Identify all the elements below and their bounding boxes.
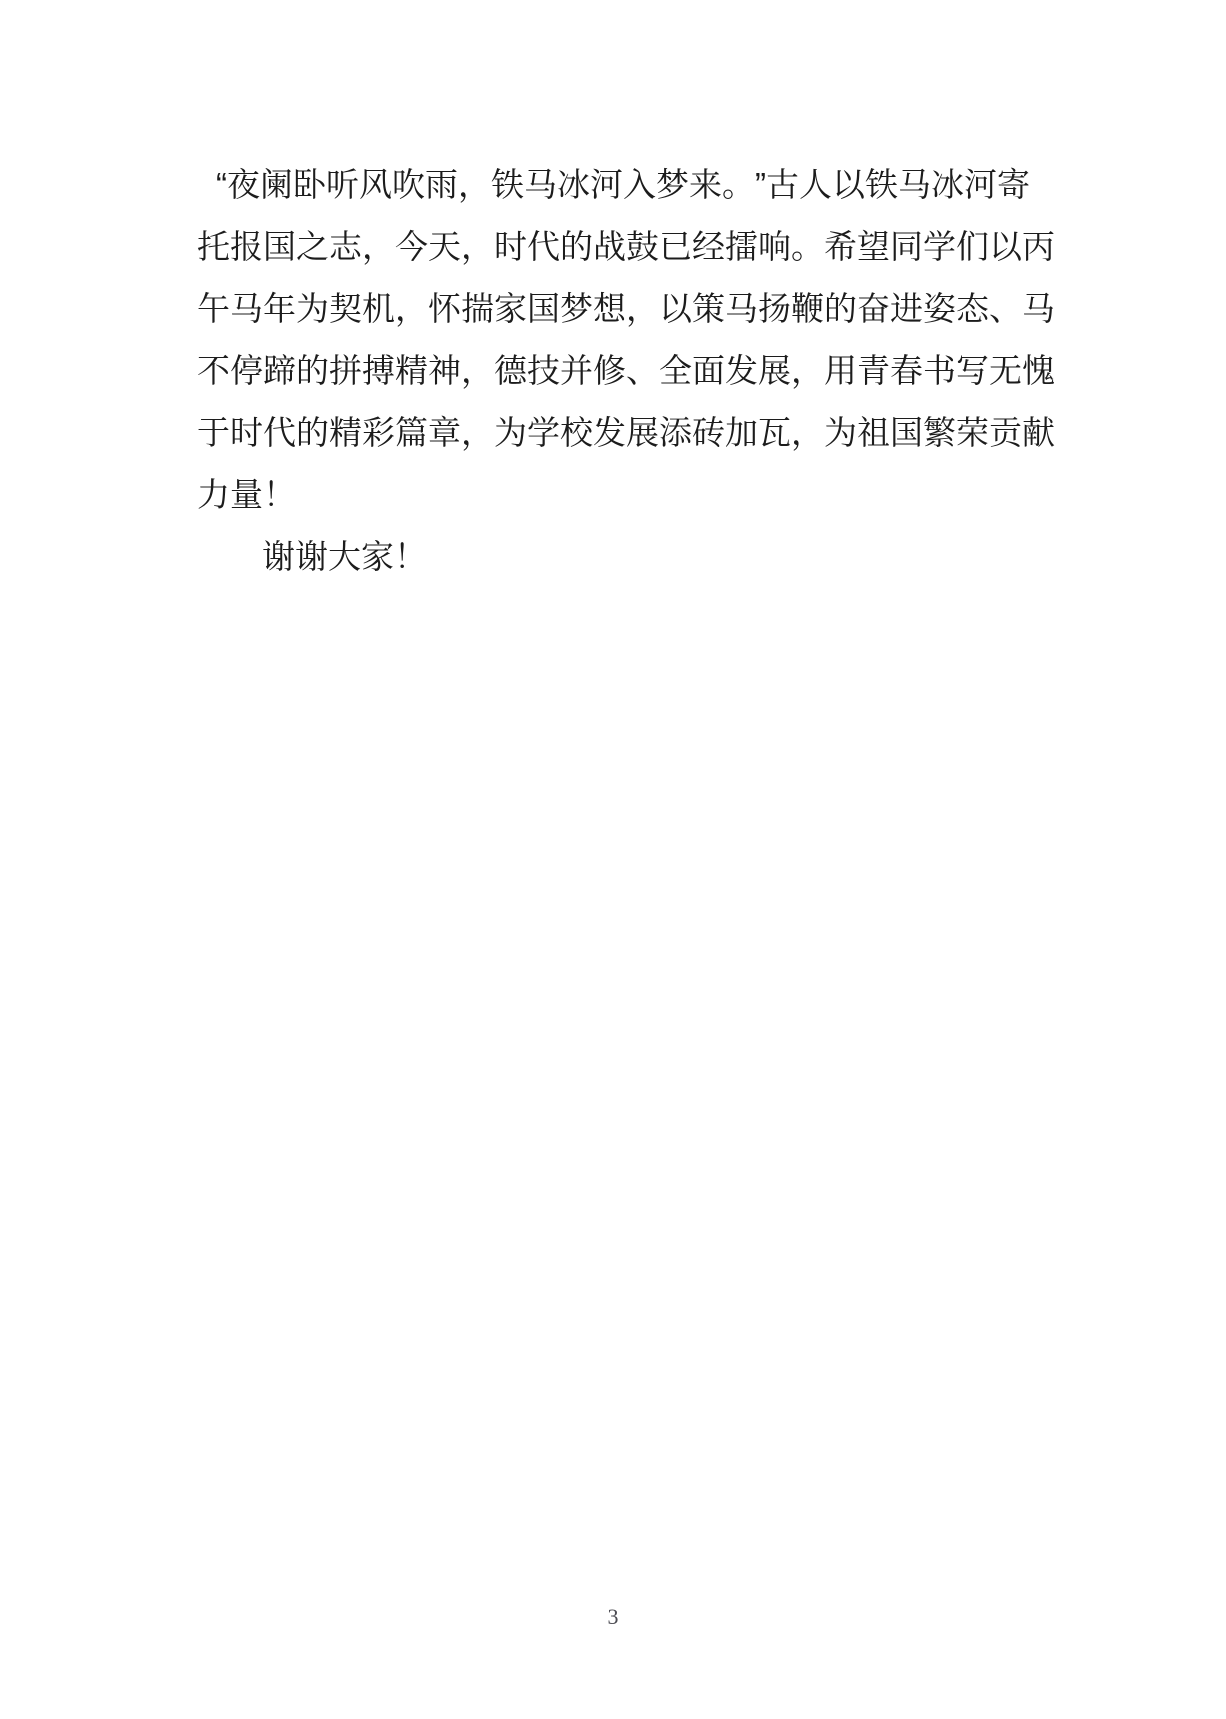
- document-page: “夜阑卧听风吹雨，铁马冰河入梦来。”古人以铁马冰河寄 托报国之志，今天，时代的战…: [0, 0, 1226, 1719]
- character: 拼: [329, 340, 362, 402]
- character: ，: [461, 402, 494, 464]
- text-line: 于时代的精彩篇章，为学校发展添砖加瓦，为祖国繁荣贡献: [197, 402, 1030, 464]
- character: 。: [791, 216, 824, 278]
- character: 冰: [557, 154, 590, 216]
- character: 技: [527, 340, 560, 402]
- character: 希: [824, 216, 857, 278]
- character: ，: [461, 216, 494, 278]
- character: 听: [326, 154, 359, 216]
- character: 擂: [725, 216, 758, 278]
- character: ，: [461, 340, 494, 402]
- character: “: [216, 154, 227, 216]
- character: 响: [758, 216, 791, 278]
- character: 马: [725, 278, 758, 340]
- character: 时: [230, 402, 263, 464]
- character: 鞭: [791, 278, 824, 340]
- character: 报: [230, 216, 263, 278]
- character: 卧: [293, 154, 326, 216]
- character: 进: [890, 278, 923, 340]
- character: 雨: [425, 154, 458, 216]
- character: ，: [458, 154, 491, 216]
- character: 以: [659, 278, 692, 340]
- character: 停: [230, 340, 263, 402]
- character: 夜: [227, 154, 260, 216]
- character: 梦: [560, 278, 593, 340]
- character: 代: [263, 402, 296, 464]
- character: 砖: [692, 402, 725, 464]
- character: 用: [824, 340, 857, 402]
- character: 姿: [923, 278, 956, 340]
- character: 已: [659, 216, 692, 278]
- text-line: 不停蹄的拼搏精神，德技并修、全面发展，用青春书写无愧: [197, 340, 1030, 402]
- character: 神: [428, 340, 461, 402]
- character: 代: [527, 216, 560, 278]
- character: 校: [560, 402, 593, 464]
- character: 托: [197, 216, 230, 278]
- character: 的: [824, 278, 857, 340]
- character: 。: [722, 154, 755, 216]
- character: 午: [197, 278, 230, 340]
- text-line: 午马年为契机，怀揣家国梦想，以策马扬鞭的奋进姿态、马: [197, 278, 1030, 340]
- character: 河: [590, 154, 623, 216]
- character: ，: [791, 340, 824, 402]
- text-line: 谢谢大家！: [197, 526, 1030, 588]
- character: 献: [1022, 402, 1055, 464]
- character: 铁: [491, 154, 524, 216]
- character: 为: [824, 402, 857, 464]
- character: 为: [296, 278, 329, 340]
- character: 马: [898, 154, 931, 216]
- character: 今: [395, 216, 428, 278]
- character: 面: [692, 340, 725, 402]
- character: 入: [623, 154, 656, 216]
- character: 以: [989, 216, 1022, 278]
- character: 家: [494, 278, 527, 340]
- page-number: 3: [0, 1602, 1226, 1632]
- character: 国: [527, 278, 560, 340]
- character: 篇: [395, 402, 428, 464]
- character: 修: [593, 340, 626, 402]
- character: 展: [626, 402, 659, 464]
- character: 为: [494, 402, 527, 464]
- character: 古: [766, 154, 799, 216]
- character: 寄: [997, 154, 1030, 216]
- character: 愧: [1022, 340, 1055, 402]
- character: 精: [329, 402, 362, 464]
- character: 的: [560, 216, 593, 278]
- character: 搏: [362, 340, 395, 402]
- character: 马: [230, 278, 263, 340]
- character: 彩: [362, 402, 395, 464]
- character: 蹄: [263, 340, 296, 402]
- character: 人: [799, 154, 832, 216]
- document-body: “夜阑卧听风吹雨，铁马冰河入梦来。”古人以铁马冰河寄 托报国之志，今天，时代的战…: [197, 154, 1030, 588]
- character: 马: [524, 154, 557, 216]
- character: 怀: [428, 278, 461, 340]
- character: 贡: [989, 402, 1022, 464]
- character: 马: [1022, 278, 1055, 340]
- character: 学: [923, 216, 956, 278]
- character: 全: [659, 340, 692, 402]
- character: 荣: [956, 402, 989, 464]
- character: 加: [725, 402, 758, 464]
- character: 繁: [923, 402, 956, 464]
- character: 、: [989, 278, 1022, 340]
- character: 态: [956, 278, 989, 340]
- character: 国: [890, 402, 923, 464]
- character: 的: [296, 402, 329, 464]
- character: 学: [527, 402, 560, 464]
- character: 春: [890, 340, 923, 402]
- text-line: 力量！: [197, 464, 1030, 526]
- character: 们: [956, 216, 989, 278]
- character: 经: [692, 216, 725, 278]
- character: 阑: [260, 154, 293, 216]
- character: 年: [263, 278, 296, 340]
- character: 风: [359, 154, 392, 216]
- character: 天: [428, 216, 461, 278]
- character: 志: [329, 216, 362, 278]
- character: 河: [964, 154, 997, 216]
- character: ，: [791, 402, 824, 464]
- text-line: “夜阑卧听风吹雨，铁马冰河入梦来。”古人以铁马冰河寄: [197, 154, 1030, 216]
- character: 鼓: [626, 216, 659, 278]
- text-line: 托报国之志，今天，时代的战鼓已经擂响。希望同学们以丙: [197, 216, 1030, 278]
- character: 铁: [865, 154, 898, 216]
- character: 冰: [931, 154, 964, 216]
- character: 丙: [1022, 216, 1055, 278]
- character: 无: [989, 340, 1022, 402]
- character: 奋: [857, 278, 890, 340]
- character: 望: [857, 216, 890, 278]
- character: 揣: [461, 278, 494, 340]
- character: 战: [593, 216, 626, 278]
- character: ，: [362, 216, 395, 278]
- character: 青: [857, 340, 890, 402]
- character: 扬: [758, 278, 791, 340]
- character: 时: [494, 216, 527, 278]
- character: 展: [758, 340, 791, 402]
- character: 国: [263, 216, 296, 278]
- character: 写: [956, 340, 989, 402]
- character: 于: [197, 402, 230, 464]
- character: 、: [626, 340, 659, 402]
- character: 祖: [857, 402, 890, 464]
- character: 同: [890, 216, 923, 278]
- character: 德: [494, 340, 527, 402]
- character: ”: [755, 154, 766, 216]
- character: 添: [659, 402, 692, 464]
- character: 之: [296, 216, 329, 278]
- character: 不: [197, 340, 230, 402]
- character: 吹: [392, 154, 425, 216]
- character: 以: [832, 154, 865, 216]
- character: 精: [395, 340, 428, 402]
- character: ，: [626, 278, 659, 340]
- character: 想: [593, 278, 626, 340]
- character: 契: [329, 278, 362, 340]
- character: 书: [923, 340, 956, 402]
- character: 瓦: [758, 402, 791, 464]
- character: 章: [428, 402, 461, 464]
- character: 策: [692, 278, 725, 340]
- character: ，: [395, 278, 428, 340]
- character: 机: [362, 278, 395, 340]
- character: 并: [560, 340, 593, 402]
- character: 的: [296, 340, 329, 402]
- character: 发: [593, 402, 626, 464]
- character: 来: [689, 154, 722, 216]
- character: 梦: [656, 154, 689, 216]
- character: 发: [725, 340, 758, 402]
